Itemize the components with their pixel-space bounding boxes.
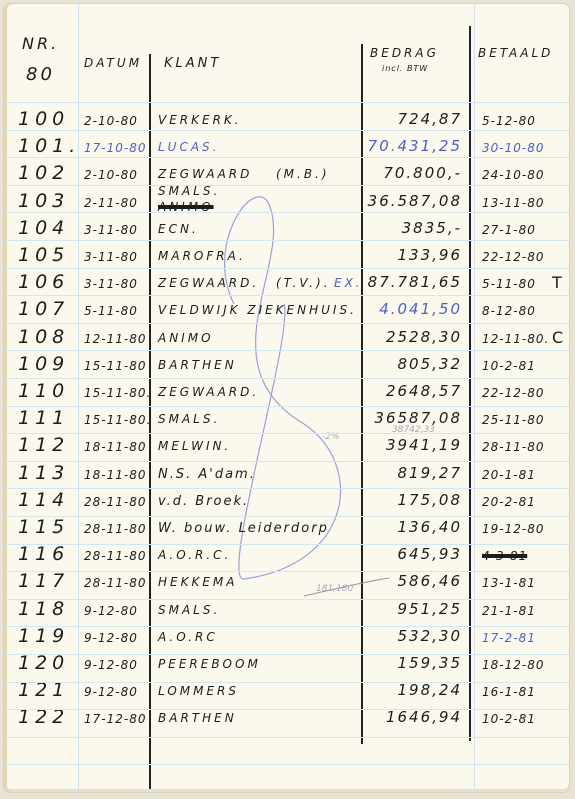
entry-paid-date: 19-12-80 [482,522,544,536]
entry-paid-date: 27-1-80 [482,223,536,237]
entry-client-extra: EX. [334,276,363,290]
ruled-line [4,212,569,213]
entry-client: Smals. [158,184,220,198]
entry-date: 3-11-80 [84,277,138,291]
entry-amount: 87.781,65 [368,273,462,291]
entry-number: 110 [18,380,69,402]
ruled-line [4,157,569,158]
entry-client-note: (M.B.) [276,167,330,181]
entry-number: 105 [18,244,69,266]
entry-amount: 2528,30 [386,328,462,346]
entry-number: 101. [18,135,80,157]
entry-client: ECN. [158,222,199,236]
entry-client: Barthen [158,358,237,372]
ruled-line [4,654,569,655]
entry-number: 118 [18,598,69,620]
ruled-line [4,626,569,627]
ruled-line [4,406,569,407]
entry-paid-date: 22-12-80 [482,386,544,400]
entry-amount: 951,25 [398,600,463,618]
entry-number: 114 [18,489,69,511]
ruled-line [4,185,569,186]
ruled-line [4,323,569,324]
entry-date: 28-11-80 [84,522,146,536]
entry-date: 3-11-80 [84,250,138,264]
ruled-line [4,764,569,765]
entry-amount: 70.800,- [383,164,462,182]
entry-amount: 1646,94 [386,708,462,726]
entry-client: W. bouw. Leiderdorp [158,521,329,536]
entry-amount: 805,32 [398,355,463,373]
ruled-line [4,378,569,379]
entry-date: 12-11-80 [84,332,146,346]
ruled-line [4,516,569,517]
entry-date: 9-12-80 [84,604,138,618]
entry-number: 104 [18,217,69,239]
entry-amount: 3941,19 [386,436,462,454]
entry-amount: 645,93 [398,545,463,563]
entry-amount: 159,35 [398,654,463,672]
ledger-page: NR. 80 DATUM KLANT BEDRAG incl. BTW BETA… [4,4,569,792]
entry-paid-mark: T [552,273,563,292]
entry-amount: 819,27 [398,464,463,482]
entry-client: Peereboom [158,657,261,671]
ruled-line [4,130,569,131]
pencil-note: 181,180 [316,584,353,594]
entry-date: 18-11-80 [84,440,146,454]
entry-number: 112 [18,434,69,456]
entry-number: 109 [18,353,69,375]
entry-client: Zegwaard [158,167,252,181]
entry-client: A.O.R.C. [158,548,231,562]
entry-paid-date: 20-2-81 [482,495,536,509]
entry-amount: 175,08 [398,491,463,509]
entry-number: 100 [18,108,69,130]
ruled-line [4,268,569,269]
entry-paid-date: 25-11-80 [482,413,544,427]
entry-amount: 70.431,25 [368,137,462,155]
entry-paid-date: 20-1-81 [482,468,536,482]
entry-date: 2-10-80 [84,114,138,128]
ruled-line [4,240,569,241]
entry-client: Melwin. [158,439,231,453]
entry-number: 120 [18,652,69,674]
entry-client: Smals. [158,603,220,617]
entry-amount: 198,24 [398,681,463,699]
entry-client: Verkerk. [158,113,242,127]
entry-paid-date: 10-2-81 [482,712,536,726]
entry-date: 28-11-80 [84,549,146,563]
entry-date: 5-11-80 [84,304,138,318]
entry-paid-date: 4-3-81 [482,549,527,563]
ruled-line [4,488,569,489]
entry-paid-date: 13-1-81 [482,576,536,590]
entry-amount: 532,30 [398,627,463,645]
entry-client: Lucas. [158,140,220,154]
entry-client: Barthen [158,711,237,725]
entry-paid-date: 28-11-80 [482,440,544,454]
entry-amount: 136,40 [398,518,463,536]
entry-amount: 4.041,50 [379,300,462,318]
entry-paid-mark: C [552,328,564,347]
entry-paid-date: 18-12-80 [482,658,544,672]
entry-number: 119 [18,625,69,647]
entry-date: 17-10-80 [84,141,146,155]
entry-date: 2-10-80 [84,168,138,182]
entry-client: Zegwaard. [158,385,259,399]
entry-date: 15-11-80. [84,413,151,427]
ruled-line [4,571,569,572]
entry-client-note: (T.V.). [276,276,331,290]
entry-number: 115 [18,516,69,538]
entry-paid-date: 10-2-81 [482,359,536,373]
ruled-line [4,461,569,462]
entry-amount: 724,87 [398,110,463,128]
entry-date: 28-11-80 [84,576,146,590]
entry-number: 111 [18,407,69,429]
entry-paid-date: 5-11-80 [482,277,536,291]
entry-amount: 3835,- [402,219,462,237]
entry-client: A.O.RC [158,630,218,644]
entry-date: 17-12-80 [84,712,146,726]
entry-amount: 586,46 [398,572,463,590]
entry-client: v.d. Broek. [158,494,249,509]
entry-date: 9-12-80 [84,658,138,672]
entry-paid-date: 24-10-80 [482,168,544,182]
ruled-line [4,295,569,296]
entry-paid-date: 16-1-81 [482,685,536,699]
entry-paid-date: 13-11-80 [482,196,544,210]
entry-paid-date: 5-12-80 [482,114,536,128]
entry-paid-date: 8-12-80 [482,304,536,318]
ruled-line [4,433,569,434]
entry-number: 102 [18,162,69,184]
entry-paid-date: 17-2-81 [482,631,536,645]
entry-client: Lommers [158,684,239,698]
entry-number: 103 [18,190,69,212]
entry-date: 9-12-80 [84,631,138,645]
entry-date: 9-12-80 [84,685,138,699]
entry-client: N.S. A'dam. [158,467,256,482]
entry-date: 3-11-80 [84,223,138,237]
entry-date: 18-11-80 [84,468,146,482]
ruled-line [4,737,569,738]
entry-number: 107 [18,298,69,320]
ruled-line [4,709,569,710]
entry-client: Animo [158,331,214,345]
entry-number: 106 [18,271,69,293]
entry-number: 116 [18,543,69,565]
entry-client: Marofra. [158,249,246,263]
entry-number: 117 [18,570,69,592]
entry-date: 15-11-80 [84,359,146,373]
entry-date: 15-11-80. [84,386,151,400]
entry-client: Veldwijk Ziekenhuis. [158,303,357,317]
entry-date: 2-11-80 [84,196,138,210]
entry-amount: 36.587,08 [368,192,462,210]
entry-client: Hekkema [158,575,238,589]
entry-number: 108 [18,326,69,348]
entry-date: 28-11-80 [84,495,146,509]
entry-client: Smals. [158,412,220,426]
entry-paid-date: 21-1-81 [482,604,536,618]
ruled-line [4,544,569,545]
entry-amount: 133,96 [398,246,463,264]
ruled-line [4,102,569,103]
ruled-line [4,350,569,351]
entry-client: Zegwaard. [158,276,259,290]
ruled-line [4,682,569,683]
entry-paid-date: 30-10-80 [482,141,544,155]
entry-number: 113 [18,462,69,484]
ruled-line [4,599,569,600]
entry-paid-date: 22-12-80 [482,250,544,264]
entry-amount: 2648,57 [386,382,462,400]
entry-paid-date: 12-11-80. [482,332,549,346]
